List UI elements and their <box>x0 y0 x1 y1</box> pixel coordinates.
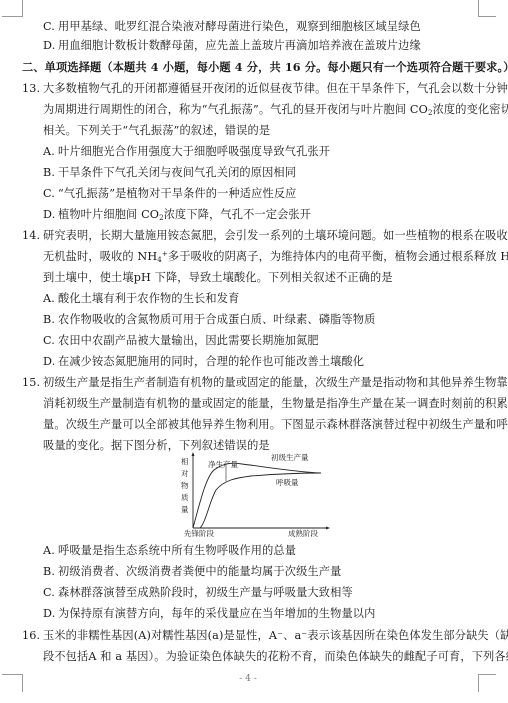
q13-option-a: A.叶片细胞光合作用强度大于细胞呼吸强度导致气孔张开 <box>43 145 330 159</box>
question-number: 13. <box>22 82 40 96</box>
q14-option-a: A.酸化土壤有利于农作物的生长和发育 <box>43 292 239 306</box>
q13-line-3: 相关。下列关于“气孔振荡”的叙述，错误的是 <box>43 124 270 138</box>
question-number: 16. <box>22 629 40 643</box>
question-number: 14. <box>22 229 40 243</box>
q15-option-a: A.呼吸量是指生态系统中所有生物呼吸作用的总量 <box>43 544 296 558</box>
prev-option-d: D.用血细胞计数板计数酵母菌，应先盖上盖玻片再滴加培养液在盖玻片边缘 <box>43 39 421 53</box>
question-text: 玉米的非糯性基因(A)对糯性基因(a)是显性，A⁻、a⁻表示该基因所在染色体发生… <box>43 629 508 643</box>
legend-primary-production: 初级生产量 <box>271 452 309 462</box>
q13-option-c: C.“气孔振荡”是植物对干旱条件的一种适应性反应 <box>43 187 297 201</box>
y-label-char: 量 <box>181 504 189 514</box>
option-text: 植物叶片细胞间 CO <box>58 208 159 221</box>
y-axis-arrow-icon <box>192 452 195 456</box>
q14-option-d: D.在减少铵态氮肥施用的同时，合理的轮作也可能改善土壤酸化 <box>43 355 364 369</box>
option-letter: D. <box>43 607 58 621</box>
q15-option-b: B.初级消费者、次级消费者粪便中的能量均属于次级生产量 <box>43 565 341 579</box>
option-text: 浓度下降，气孔不一定会张开 <box>164 208 311 221</box>
option-letter: C. <box>43 20 58 34</box>
y-label-char: 相 <box>181 456 189 466</box>
y-label-char: 质 <box>181 492 189 502</box>
option-letter: B. <box>43 565 58 579</box>
legend-respiration: 呼吸量 <box>276 477 299 487</box>
option-letter: A. <box>43 292 58 306</box>
corner-mark-top-right-h <box>478 16 496 17</box>
annotation-net-production: 净生产量 <box>208 459 238 469</box>
y-label-char: 物 <box>181 480 189 490</box>
x-tick-mature: 成熟阶段 <box>288 528 318 537</box>
option-letter: C. <box>43 586 58 600</box>
q13-option-d: D.植物叶片细胞间 CO2浓度下降，气孔不一定会张开 <box>43 208 311 222</box>
x-axis-arrow-icon <box>326 527 330 530</box>
q13-line-2: 为周期进行周期性的闭合，称为“气孔振荡”。气孔的昼开夜闭与叶片胞间 CO2浓度的… <box>43 103 508 117</box>
prev-option-c: C.用甲基绿、吡罗红混合染液对酵母菌进行染色，观察到细胞核区域呈绿色 <box>43 20 421 34</box>
primary-production-chart: 相 对 物 质 量 净生产量 初级生产量 呼吸量 先锋阶段 成熟阶段 <box>176 452 341 537</box>
page-number: - 4 - <box>0 674 496 684</box>
y-label-char: 对 <box>181 468 189 478</box>
option-letter: C. <box>43 334 58 348</box>
option-letter: C. <box>43 187 58 201</box>
q14-option-c: C.农田中农副产品被大量输出，因此需要长期施加氮肥 <box>43 334 319 348</box>
question-text: 浓度的变化密切 <box>433 103 508 116</box>
question-text: 研究表明，长期大量施用铵态氮肥，会引发一系列的土壤环境问题。如一些植物的根系在吸… <box>43 229 508 243</box>
option-text: 用甲基绿、吡罗红混合染液对酵母菌进行染色，观察到细胞核区域呈绿色 <box>58 20 421 33</box>
option-text: 叶片细胞光合作用强度大于细胞呼吸强度导致气孔张开 <box>58 145 330 158</box>
q14-line-2: 无机盐时，吸收的 NH4+多于吸收的阴离子，为维持体内的电荷平衡，植物会通过根系… <box>43 250 508 264</box>
q15-option-c: C.森林群落演替至成熟阶段时，初级生产量与呼吸量大致相等 <box>43 586 353 600</box>
option-letter: D. <box>43 355 58 369</box>
option-text: 森林群落演替至成熟阶段时，初级生产量与呼吸量大致相等 <box>58 586 353 599</box>
q15-option-d: D.为保持原有演替方向，每年的采伐量应在当年增加的生物量以内 <box>43 607 375 621</box>
section-title: 二、单项选择题（本题共 4 小题，每小题 4 分，共 16 分。每小题只有一个选… <box>22 60 508 74</box>
option-text: 农田中农副产品被大量输出，因此需要长期施加氮肥 <box>58 334 319 347</box>
option-text: “气孔振荡”是植物对干旱条件的一种适应性反应 <box>58 187 297 200</box>
option-letter: A. <box>43 145 58 159</box>
q16-line-2: 段不包括A 和 a 基因）。为验证染色体缺失的花粉不育，而染色体缺失的雌配子可育… <box>43 650 508 664</box>
option-letter: B. <box>43 313 58 327</box>
corner-mark-top-right-v <box>478 0 479 17</box>
q15-line-4: 吸量的变化。据下图分析，下列叙述错误的是 <box>43 439 270 453</box>
question-text: 无机盐时，吸收的 NH <box>43 250 157 263</box>
option-text: 在减少铵态氮肥施用的同时，合理的轮作也可能改善土壤酸化 <box>58 355 364 368</box>
question-text: 多于吸收的阴离子，为维持体内的电荷平衡，植物会通过根系释放 H <box>168 250 508 263</box>
option-letter: A. <box>43 544 58 558</box>
q14-line-3: 到土壤中，使土壤pH 下降，导致土壤酸化。下列相关叙述不正确的是 <box>43 271 393 285</box>
option-letter: D. <box>43 39 58 53</box>
option-text: 初级消费者、次级消费者粪便中的能量均属于次级生产量 <box>58 565 341 578</box>
option-letter: B. <box>43 166 58 180</box>
option-letter: D. <box>43 208 58 222</box>
option-text: 为保持原有演替方向，每年的采伐量应在当年增加的生物量以内 <box>58 607 375 620</box>
option-text: 用血细胞计数板计数酵母菌，应先盖上盖玻片再滴加培养液在盖玻片边缘 <box>58 39 421 52</box>
series-respiration <box>200 473 321 528</box>
option-text: 干旱条件下气孔关闭与夜间气孔关闭的原因相同 <box>58 166 296 179</box>
question-number: 15. <box>22 376 40 390</box>
corner-mark-top-left-h <box>2 16 23 17</box>
q15-line-3: 量。次级生产量可以全部被其他异养生物利用。下图显示森林群落演替过程中初级生产量和… <box>43 418 508 432</box>
question-text: 初级生产量是指生产者制造有机物的量或固定的能量，次级生产量是指动物和其他异养生物… <box>43 376 508 390</box>
q15-line-2: 消耗初级生产量制造有机物的量或固定的能量，生物量是指净生产量在某一调查时刻前的积… <box>43 397 508 411</box>
option-text: 酸化土壤有利于农作物的生长和发育 <box>58 292 239 305</box>
option-text: 呼吸量是指生态系统中所有生物呼吸作用的总量 <box>58 544 296 557</box>
question-text: 大多数植物气孔的开闭都遵循昼开夜闭的近似昼夜节律。但在干旱条件下，气孔会以数十分… <box>43 82 508 96</box>
option-text: 农作物吸收的含氮物质可用于合成蛋白质、叶绿素、磷脂等物质 <box>58 313 375 326</box>
question-text: 为周期进行周期性的闭合，称为“气孔振荡”。气孔的昼开夜闭与叶片胞间 CO <box>43 103 428 116</box>
q14-option-b: B.农作物吸收的含氮物质可用于合成蛋白质、叶绿素、磷脂等物质 <box>43 313 375 327</box>
q13-option-b: B.干旱条件下气孔关闭与夜间气孔关闭的原因相同 <box>43 166 296 180</box>
x-tick-pioneer: 先锋阶段 <box>184 528 214 537</box>
corner-mark-top-left-v <box>22 0 23 17</box>
